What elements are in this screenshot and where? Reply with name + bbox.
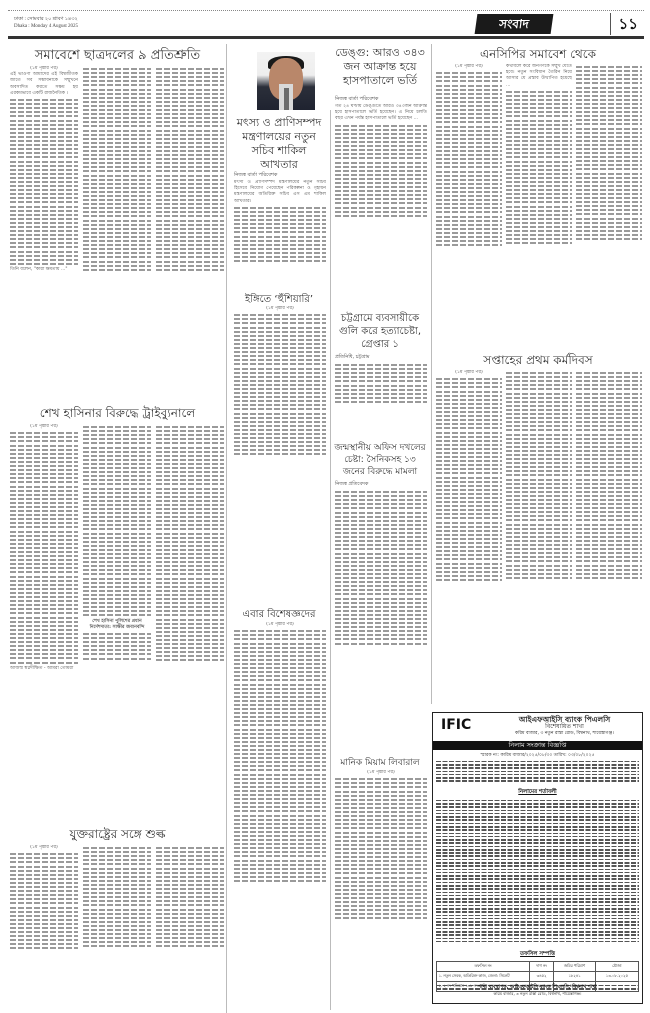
byline: নিজস্ব প্রতিবেদক — [335, 481, 368, 489]
article-body: গত ২৪ ঘণ্টায় ডেঙ্গুতে আরও ৩৪৩জন আক্রান্… — [335, 104, 427, 274]
sub-headline: শেখ হাসিনা পুলিশের প্রধান নির্দেশদাতা: স… — [83, 619, 151, 631]
lead-paragraph: এই ভাওণা আমাদের এই বিশ্বজীতক জাতে সব সম্… — [10, 72, 78, 96]
branch-name: বিশেষায়িত শাখা — [491, 723, 638, 730]
masthead-date: ঢাকা : সোমবার ২০ শ্রাবণ ১৪৩২ Dhaka : Mon… — [14, 16, 78, 30]
signatory: শাখা ব্যবস্থাপক, আইএফআইসি ব্যাংক পিএলসি,… — [433, 985, 642, 997]
article-body: (১ম পৃষ্ঠার পর) — [234, 622, 326, 1010]
auction-notice-advertisement: IFIC আইএফআইসি ব্যাংক পিএলসি বিশেষায়িত শ… — [432, 712, 643, 1004]
column-divider — [226, 44, 227, 1013]
schedule-heading: তফসিল সম্পত্তি — [433, 951, 642, 959]
date-bangla: ঢাকা : সোমবার ২০ শ্রাবণ ১৪৩২ — [14, 16, 78, 23]
date-english: Dhaka : Monday 4 August 2025 — [14, 23, 78, 30]
page-masthead: ঢাকা : সোমবার ২০ শ্রাবণ ১৪৩২ Dhaka : Mon… — [8, 10, 644, 36]
page-number: ১১ — [619, 13, 638, 38]
column-divider — [330, 110, 331, 1010]
lead-paragraph: কথাবলে করে জনগণকে সম্মুখ যেতে হবে। নতুন … — [506, 64, 572, 88]
signatory-address: করিম বাজার, ৩ নতুন রাস্তা রোড, বিশ্বনাথ,… — [433, 991, 642, 997]
notice-reference: স্মারক নং: কারিম বাজার/২০২৫/০৮/৩০ তারিখ:… — [433, 752, 642, 759]
bank-info: আইএফআইসি ব্যাংক পিএলসি বিশেষায়িত শাখা ক… — [491, 716, 638, 737]
continued-label: (১ম পৃষ্ঠার পর) — [436, 370, 502, 376]
article-body — [156, 424, 224, 809]
article-body — [576, 370, 642, 702]
article-body: মৎস্য ও প্রাণিসম্পদ মন্ত্রণালয়ের নতুন স… — [234, 180, 326, 285]
article-body — [335, 489, 427, 749]
conditions-heading: নিলামের শর্তাবলী — [433, 789, 642, 797]
article-body: (১ম পৃষ্ঠার পর) — [335, 770, 427, 1010]
headline: শেখ হাসিনার বিরুদ্ধে ট্রাইব্যুনালে — [10, 405, 225, 425]
table-cell: ১৮২৪১ — [554, 972, 596, 982]
column-header: মৌজা — [595, 962, 638, 972]
closing-quote: তিনি বলেন, "কারা ক্ষমতায় ..." — [10, 267, 67, 272]
bank-name: আইএফআইসি ব্যাংক পিএলসি — [491, 716, 638, 723]
continued-label: (১ম পৃষ্ঠার পর) — [436, 64, 502, 70]
article-body: (১ম পৃষ্ঠার পর) এই ভাওণা আমাদের এই বিশ্ব… — [10, 66, 78, 390]
headline: এনসিপির সমাবেশ থেকে — [432, 46, 644, 66]
headline: যুক্তরাষ্ট্রের সঙ্গে শুল্ক — [10, 826, 225, 846]
ific-logo: IFIC — [441, 717, 471, 733]
lead-paragraph: মৎস্য ও প্রাণিসম্পদ মন্ত্রণালয়ের নতুন স… — [234, 180, 326, 204]
article-body — [506, 370, 572, 702]
lead-paragraph: গত ২৪ ঘণ্টায় ডেঙ্গুতে আরও ৩৪৩জন আক্রান্… — [335, 104, 427, 121]
column-header: দাগ নং — [529, 962, 553, 972]
headline: জন্মস্থানীয় অফিস দখলের চেষ্টা: সৈনিকসহ … — [332, 442, 428, 478]
column-header: জমির পরিমাণ — [554, 962, 596, 972]
table-cell: ১. নতুন সেবক, অতিরিক্ত কাজ, জেলা: সিলেট — [437, 972, 530, 982]
article-body: (১ম পৃষ্ঠার পর) — [10, 845, 78, 1010]
headline: মৎস্য ও প্রাণিসম্পদ মন্ত্রণালয়ের নতুন স… — [232, 116, 326, 172]
notice-intro — [436, 759, 639, 787]
byline: নিজস্ব বার্তা পরিবেশক — [234, 172, 277, 180]
article-body — [335, 362, 427, 432]
byline: নিজস্ব বার্তা পরিবেশক — [335, 96, 378, 104]
headline: চট্টগ্রামে ব্যবসায়ীকে গুলি করে হত্যাচেষ… — [332, 312, 428, 351]
column-header: তফসিল নং — [437, 962, 530, 972]
article-body — [156, 845, 224, 1010]
closing-quote: আজন্ম স্বপ্নদীক্ষিত - আমরা তোমরা — [10, 666, 73, 671]
article-body — [83, 845, 151, 1010]
article-body: (১ম পৃষ্ঠার পর) — [436, 64, 502, 344]
continued-label: (১ম পৃষ্ঠার পর) — [10, 845, 78, 851]
masthead-rule — [8, 36, 644, 39]
article-body: (১ম পৃষ্ঠার পর) — [234, 306, 326, 546]
headline: সপ্তাহের প্রথম কর্মদিবস — [432, 352, 644, 372]
article-body: শেখ হাসিনা পুলিশের প্রধান নির্দেশদাতা: স… — [83, 424, 151, 809]
portrait-photo — [257, 52, 315, 110]
newspaper-logo: সংবাদ — [475, 14, 554, 34]
table-row: ১. নতুন সেবক, অতিরিক্ত কাজ, জেলা: সিলেট … — [437, 972, 639, 982]
headline: সমাবেশে ছাত্রদলের ৯ প্রতিশ্রুতি — [10, 46, 225, 67]
table-cell: ১৩.০৮.২০২৫ — [595, 972, 638, 982]
masthead-divider — [610, 13, 611, 35]
table-header-row: তফসিল নং দাগ নং জমির পরিমাণ মৌজা — [437, 962, 639, 972]
continued-label: (১ম পৃষ্ঠার পর) — [234, 306, 326, 312]
article-body — [576, 64, 642, 344]
continued-label: (১ম পৃষ্ঠার পর) — [335, 770, 427, 776]
notice-conditions — [436, 798, 639, 948]
article-body: কথাবলে করে জনগণকে সম্মুখ যেতে হবে। নতুন … — [506, 64, 572, 344]
headline: ডেঙ্গু: আরও ৩৪৩ জন আক্রান্ত হয়ে হাসপাতা… — [330, 46, 430, 88]
article-body: (১ম পৃষ্ঠার পর) আজন্ম স্বপ্নদীক্ষিত - আম… — [10, 424, 78, 809]
headline: মানিক মিয়াম লিবারাল — [332, 755, 428, 770]
continued-label: (১ম পৃষ্ঠার পর) — [10, 424, 78, 430]
table-cell: ৩৪৫২ — [529, 972, 553, 982]
continued-label: (১ম পৃষ্ঠার পর) — [234, 622, 326, 628]
notice-title: নিলাম সংক্রান্ত বিজ্ঞপ্তি — [433, 741, 642, 750]
byline: প্রতিনিধি, চট্টগ্রাম — [335, 354, 370, 362]
column-divider — [431, 44, 432, 704]
branch-address: করিম বাজার, ৩ নতুন রাস্তা রোড, বিশ্বনাথ,… — [491, 730, 638, 737]
article-body: (১ম পৃষ্ঠার পর) — [436, 370, 502, 702]
article-body — [156, 66, 224, 390]
article-body — [83, 66, 151, 390]
